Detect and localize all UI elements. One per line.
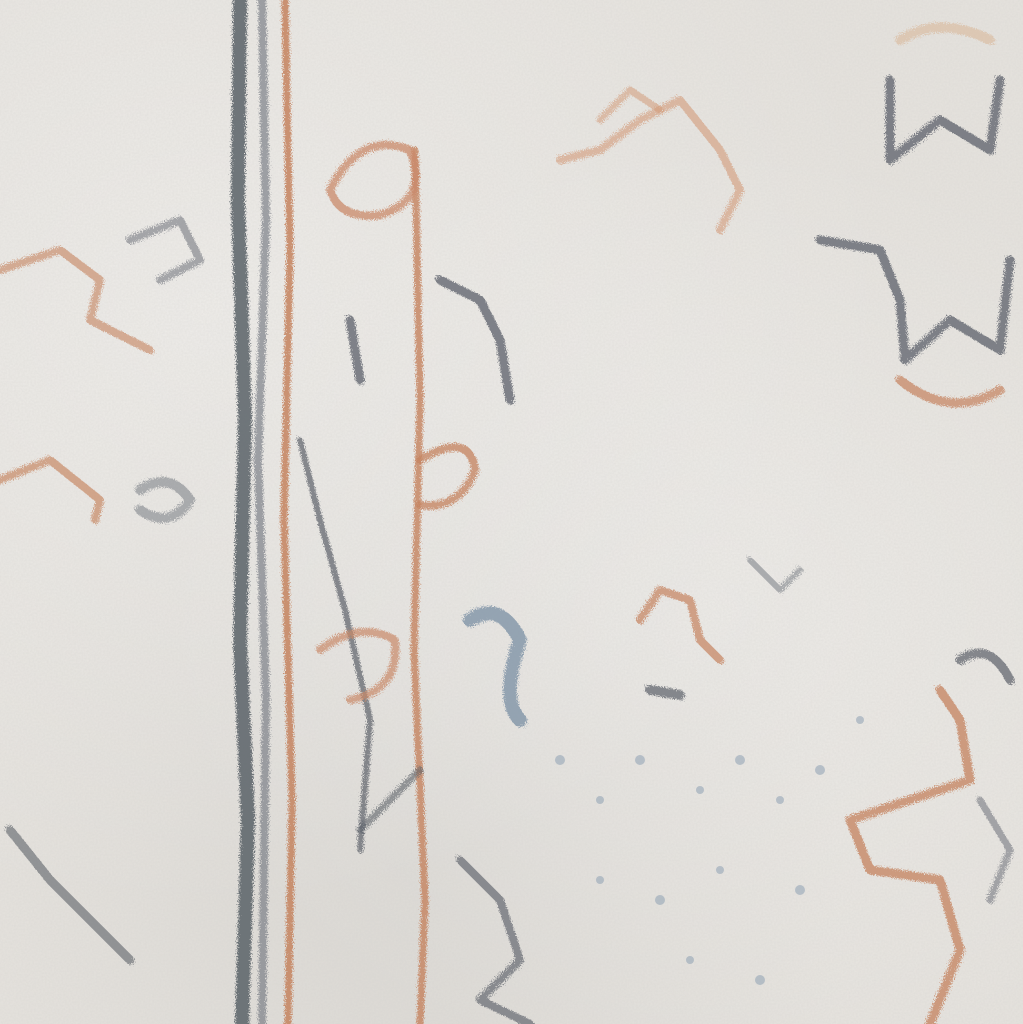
rug-texture-photo: Ivory/cream shag-like pile with faded ge… — [0, 0, 1023, 1024]
rug-pattern — [0, 0, 1023, 1024]
